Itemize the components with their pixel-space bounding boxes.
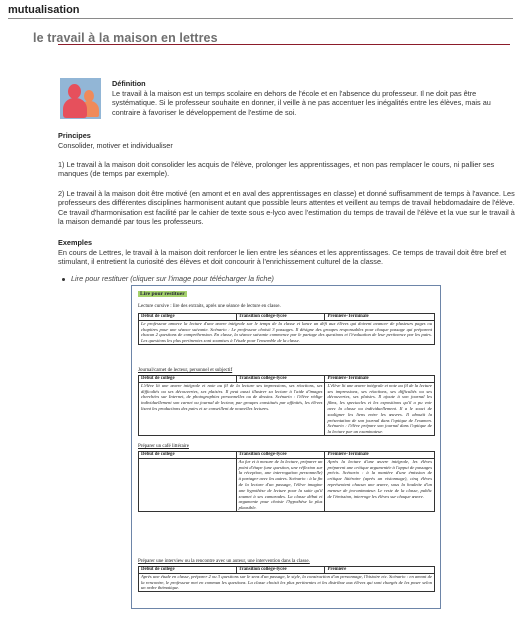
col-header: Début de collège	[139, 376, 237, 383]
table-cell: L'élève lit une œuvre intégrale et note …	[325, 382, 435, 435]
col-header: Début de collège	[139, 567, 237, 574]
exemples-text: En cours de Lettres, le travail à la mai…	[58, 248, 516, 267]
users-icon	[60, 78, 101, 119]
col-header: Première-Terminale	[325, 376, 435, 383]
page-title: le travail à la maison en lettres	[33, 31, 218, 45]
table-cell: L'élève lit une œuvre intégrale et note …	[139, 382, 325, 435]
principes-subtitle: Consolider, motiver et individualiser	[58, 141, 516, 151]
col-header: Première-Terminale	[325, 452, 435, 459]
col-header: Début de collège	[139, 452, 237, 459]
fiche-table-4: Début de collège Transition collège-lycé…	[138, 566, 435, 592]
definition-block: Définition Le travail à la maison est un…	[112, 79, 512, 117]
exemples-section: Exemples En cours de Lettres, le travail…	[58, 238, 516, 267]
table-cell: Après la lecture d'une œuvre intégrale, …	[325, 458, 435, 511]
table-cell: Le professeur amorce la lecture d'une œu…	[139, 320, 435, 344]
table-cell: Au fur et à mesure de la lecture, prépar…	[236, 458, 325, 511]
table-cell	[139, 458, 237, 511]
col-header: Première-Terminale	[325, 314, 435, 321]
fiche-section-2: Journal/carnet de lecteur, personnel et …	[138, 368, 232, 373]
col-header: Début de collège	[139, 314, 237, 321]
principes-p1: 1) Le travail à la maison doit consolide…	[58, 160, 516, 179]
bullet-lire-pour-restituer: Lire pour restituer (cliquer sur l'image…	[62, 274, 274, 283]
fiche-table-2: Début de collège Transition collège-lycé…	[138, 375, 435, 436]
col-header: Transition collège-lycée	[236, 567, 325, 574]
principes-label: Principes	[58, 131, 516, 141]
fiche-table-1: Début de collège Transition collège-lycé…	[138, 313, 435, 345]
fiche-title: Lire pour restituer	[138, 291, 187, 297]
fiche-image-link[interactable]: Lire pour restituer Lecture cursive : li…	[131, 285, 441, 609]
table-cell: Après une étude en classe, préparer 2 ou…	[139, 573, 435, 591]
exemples-label: Exemples	[58, 238, 516, 248]
principes-p2: 2) Le travail à la maison doit être moti…	[58, 189, 516, 227]
fiche-section-3: Préparer un café littéraire	[138, 444, 189, 449]
col-header: Transition collège-lycée	[236, 314, 325, 321]
definition-text: Le travail à la maison est un temps scol…	[112, 89, 512, 118]
bullet-dot-icon	[62, 278, 65, 281]
fiche-table-3: Début de collège Transition collège-lycé…	[138, 451, 435, 512]
bullet-text: Lire pour restituer (cliquer sur l'image…	[71, 274, 274, 283]
fiche-intro: Lecture cursive : lire des extraits, apr…	[138, 304, 281, 309]
col-header: Première	[325, 567, 435, 574]
fiche-section-4: Préparer une interview ou la rencontre a…	[138, 559, 310, 564]
title-underline	[58, 44, 510, 45]
principes-section: Principes Consolider, motiver et individ…	[58, 131, 516, 227]
site-title[interactable]: mutualisation	[8, 4, 513, 19]
col-header: Transition collège-lycée	[236, 452, 325, 459]
definition-label: Définition	[112, 79, 512, 89]
col-header: Transition collège-lycée	[236, 376, 325, 383]
